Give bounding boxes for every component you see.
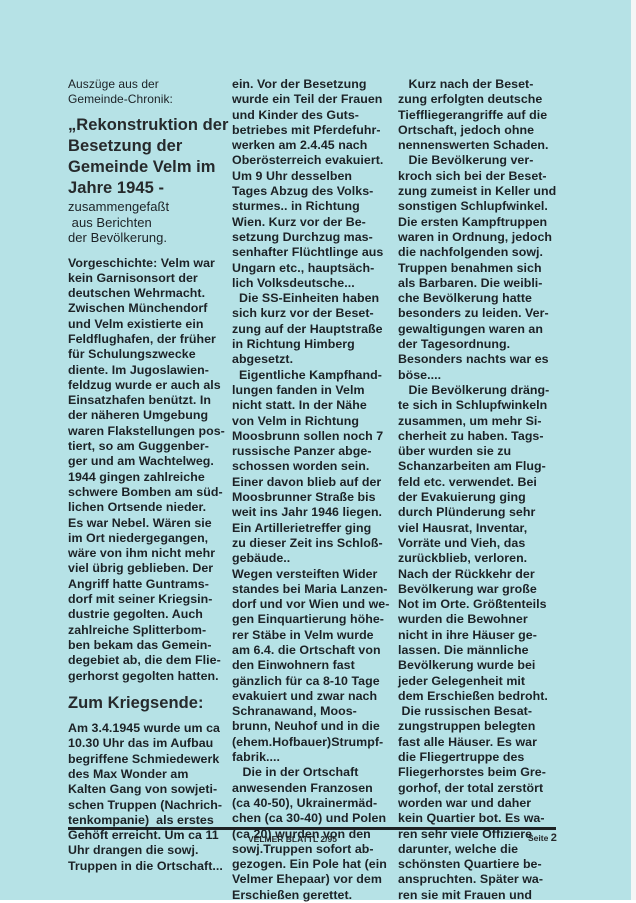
text-line: Uhr drangen die sowj. — [68, 843, 228, 858]
footer-divider — [68, 827, 556, 830]
text-line: tenkompanie) als erstes — [68, 813, 228, 828]
text-line: am 6.4. die Ortschaft von — [232, 643, 392, 658]
text-line: sonstigen Schlupfwinkel. — [398, 199, 568, 214]
text-line: sturmes.. in Richtung — [232, 199, 392, 214]
text-line: setzung Durchzug mas- — [232, 230, 392, 245]
text-line: Moosbrunner Straße bis — [232, 490, 392, 505]
text-line: che Bevölkerung hatte — [398, 291, 568, 306]
text-line: Nach der Rückkehr der — [398, 567, 568, 582]
title-line: Jahre 1945 - — [68, 178, 228, 199]
text-line: gezogen. Ein Pole hat (ein — [232, 857, 392, 872]
column-2: ein. Vor der Besetzungwurde ein Teil der… — [232, 77, 392, 900]
text-line: jeder Gelegenheit mit — [398, 674, 568, 689]
text-line: zahlreiche Splitterbom- — [68, 623, 228, 638]
text-line: gorhof, der total zerstört — [398, 781, 568, 796]
text-line: Tages Abzug des Volks- — [232, 184, 392, 199]
prehistory-paragraph: Vorgeschichte: Velm warkein Garnisonsort… — [68, 256, 228, 684]
text-line: diente. Im Jugoslawien- — [68, 363, 228, 378]
text-line: werken am 2.4.45 nach — [232, 138, 392, 153]
text-line: Die Bevölkerung ver- — [398, 153, 568, 168]
text-line: Gehöft erreicht. Um ca 11 — [68, 828, 228, 843]
text-line: worden war und daher — [398, 796, 568, 811]
text-line: böse.... — [398, 368, 568, 383]
text-line: Die in der Ortschaft — [232, 765, 392, 780]
text-line: Feldflughafen, der früher — [68, 332, 228, 347]
text-line: ren sie mit Frauen und — [398, 888, 568, 900]
subtitle-line: der Bevölkerung. — [68, 230, 228, 246]
text-line: Ein Artillerietreffer ging — [232, 521, 392, 536]
text-line: Die ersten Kampftruppen — [398, 215, 568, 230]
text-line: Truppen in die Ortschaft... — [68, 859, 228, 874]
text-line: feldzug wurde er auch als — [68, 378, 228, 393]
title-line: „Rekonstruktion der — [68, 115, 228, 136]
section-heading: Zum Kriegsende: — [68, 696, 228, 711]
text-line: die nachfolgenden sowj. — [398, 245, 568, 260]
text-line: sich kurz vor der Beset- — [232, 306, 392, 321]
text-line: viel Hausrat, Inventar, — [398, 521, 568, 536]
text-line: und Velm existierte ein — [68, 317, 228, 332]
text-line: der näheren Umgebung — [68, 408, 228, 423]
text-line: Zwischen Münchendorf — [68, 301, 228, 316]
war-end-paragraph: Am 3.4.1945 wurde um ca10.30 Uhr das im … — [68, 721, 228, 874]
text-line: lichen Ortsende nieder. — [68, 500, 228, 515]
text-line: weit ins Jahr 1946 liegen. — [232, 505, 392, 520]
text-line: als Barbaren. Die weibli- — [398, 276, 568, 291]
text-line: für Schulungszwecke — [68, 347, 228, 362]
text-line: dorf und vor Wien und we- — [232, 597, 392, 612]
text-line: zurückblieb, verloren. — [398, 551, 568, 566]
text-line: Fliegerhorstes beim Gre- — [398, 765, 568, 780]
text-line: zung zumeist in Keller und — [398, 184, 568, 199]
text-line: nicht in ihre Häuser ge- — [398, 628, 568, 643]
text-line: Einsatzhafen benützt. In — [68, 393, 228, 408]
text-line: Moosbrunn sollen noch 7 — [232, 429, 392, 444]
text-line: der Evakuierung ging — [398, 490, 568, 505]
text-line: fabrik.... — [232, 750, 392, 765]
text-line: abgesetzt. — [232, 352, 392, 367]
text-line: Wegen versteiften Wider — [232, 567, 392, 582]
scan-edge — [631, 0, 636, 900]
text-line: Die russischen Besat- — [398, 704, 568, 719]
text-line: Oberösterreich evakuiert. — [232, 153, 392, 168]
text-line: Besonders nachts war es — [398, 352, 568, 367]
column-3: Kurz nach der Beset-zung erfolgten deuts… — [398, 77, 568, 900]
text-line: anwesenden Franzosen — [232, 781, 392, 796]
text-line: (ca 40-50), Ukrainermäd- — [232, 796, 392, 811]
intro-line: Gemeinde-Chronik: — [68, 92, 228, 107]
text-line: Um 9 Uhr desselben — [232, 169, 392, 184]
subtitle-line: aus Berichten — [68, 215, 228, 231]
text-line: zu dieser Zeit ins Schloß- — [232, 536, 392, 551]
text-line: schossen worden sein. — [232, 459, 392, 474]
text-line: 1944 gingen zahlreiche — [68, 470, 228, 485]
text-line: schwere Bomben am süd- — [68, 485, 228, 500]
text-line: betriebes mit Pferdefuhr- — [232, 123, 392, 138]
text-line: wäre von ihm nicht mehr — [68, 546, 228, 561]
text-line: kein Garnisonsort der — [68, 271, 228, 286]
text-line: gewaltigungen waren an — [398, 322, 568, 337]
text-line: 10.30 Uhr das im Aufbau — [68, 736, 228, 751]
text-line: Bevölkerung war große — [398, 582, 568, 597]
text-line: cherheit zu haben. Tags- — [398, 429, 568, 444]
text-line: Vorräte und Vieh, das — [398, 536, 568, 551]
text-line: Es war Nebel. Wären sie — [68, 516, 228, 531]
text-line: senhafter Flüchtlinge aus — [232, 245, 392, 260]
column-1: Auszüge aus der Gemeinde-Chronik: „Rekon… — [68, 77, 228, 874]
text-line: kroch sich bei der Beset- — [398, 169, 568, 184]
page-number: 2 — [551, 832, 557, 844]
text-line: Die SS-Einheiten haben — [232, 291, 392, 306]
text-line: Einer davon blieb auf der — [232, 475, 392, 490]
text-line: chen (ca 30-40) und Polen — [232, 811, 392, 826]
text-line: Bevölkerung wurde bei — [398, 658, 568, 673]
text-line: gen Einquartierung höhe- — [232, 612, 392, 627]
text-line: anspruchten. Später wa- — [398, 872, 568, 887]
text-line: Ungarn etc., hauptsäch- — [232, 261, 392, 276]
text-line: Erschießen gerettet. — [232, 888, 392, 900]
newsletter-page: Auszüge aus der Gemeinde-Chronik: „Rekon… — [0, 0, 631, 900]
text-line: dem Erschießen bedroht. — [398, 689, 568, 704]
text-line: gänzlich für ca 8-10 Tage — [232, 674, 392, 689]
text-line: lassen. Die männliche — [398, 643, 568, 658]
text-line: die Fliegertruppe des — [398, 750, 568, 765]
text-line: deutschen Wehrmacht. — [68, 286, 228, 301]
intro-text: Auszüge aus der Gemeinde-Chronik: — [68, 77, 228, 106]
text-line: brunn, Neuhof und in die — [232, 719, 392, 734]
text-line: in Richtung Himberg — [232, 337, 392, 352]
text-line: Schanzarbeiten am Flug- — [398, 459, 568, 474]
text-line: Ortschaft, jedoch ohne — [398, 123, 568, 138]
subtitle-line: zusammengefaßt — [68, 199, 228, 215]
text-line: Angriff hatte Guntrams- — [68, 577, 228, 592]
text-line: Truppen benahmen sich — [398, 261, 568, 276]
text-line: begriffene Schmiedewerk — [68, 752, 228, 767]
text-line: von Velm in Richtung — [232, 414, 392, 429]
text-line: evakuiert und zwar nach — [232, 689, 392, 704]
text-line: schen Truppen (Nachrich- — [68, 798, 228, 813]
text-line: schönsten Quartiere be- — [398, 857, 568, 872]
text-line: rer Stäbe in Velm wurde — [232, 628, 392, 643]
text-line: ger und am Wachtelweg. — [68, 454, 228, 469]
text-line: viel übrig geblieben. Der — [68, 561, 228, 576]
title-line: Besetzung der — [68, 136, 228, 157]
text-line: waren Flakstellungen pos- — [68, 424, 228, 439]
text-line: lich Volksdeutsche... — [232, 276, 392, 291]
text-line: darunter, welche die — [398, 842, 568, 857]
text-line: zung erfolgten deutsche — [398, 92, 568, 107]
text-line: te sich in Schlupfwinkeln — [398, 398, 568, 413]
text-line: gerhorst gegolten hatten. — [68, 669, 228, 684]
text-line: zusammen, um mehr Si- — [398, 414, 568, 429]
text-line: Schranawand, Moos- — [232, 704, 392, 719]
text-line: Am 3.4.1945 wurde um ca — [68, 721, 228, 736]
text-line: degebiet ab, die dem Flie- — [68, 653, 228, 668]
text-line: nicht statt. In der Nähe — [232, 398, 392, 413]
title-line: Gemeinde Velm im — [68, 157, 228, 178]
text-line: den Einwohnern fast — [232, 658, 392, 673]
text-line: Eigentliche Kampfhand- — [232, 368, 392, 383]
article-subtitle: zusammengefaßt aus Berichten der Bevölke… — [68, 199, 228, 246]
text-line: über wurden sie zu — [398, 444, 568, 459]
text-line: nennenswerten Schaden. — [398, 138, 568, 153]
page-indicator: Seite 2 — [528, 832, 557, 844]
text-line: (ehem.Hofbauer)Strumpf- — [232, 735, 392, 750]
intro-line: Auszüge aus der — [68, 77, 228, 92]
text-line: Tieffliegerangriffe auf die — [398, 108, 568, 123]
text-line: zung auf der Hauptstraße — [232, 322, 392, 337]
text-line: kein Quartier bot. Es wa- — [398, 811, 568, 826]
text-line: durch Plünderung sehr — [398, 505, 568, 520]
text-line: Die Bevölkerung dräng- — [398, 383, 568, 398]
text-line: fast alle Häuser. Es war — [398, 735, 568, 750]
text-line: standes bei Maria Lanzen- — [232, 582, 392, 597]
text-line: tiert, so am Guggenber- — [68, 439, 228, 454]
page-label: Seite — [528, 833, 548, 843]
text-line: wurden die Bewohner — [398, 612, 568, 627]
text-line: ben bekam das Gemein- — [68, 638, 228, 653]
text-line: ein. Vor der Besetzung — [232, 77, 392, 92]
publication-name: VELMER BLATTL 2/95 — [248, 834, 337, 844]
text-line: sowj.Truppen sofort ab- — [232, 842, 392, 857]
text-line: feld etc. verwendet. Bei — [398, 475, 568, 490]
text-line: Kurz nach der Beset- — [398, 77, 568, 92]
text-line: gebäude.. — [232, 551, 392, 566]
text-line: russische Panzer abge- — [232, 444, 392, 459]
text-line: Wien. Kurz vor der Be- — [232, 215, 392, 230]
text-line: Kalten Gang von sowjeti- — [68, 782, 228, 797]
text-line: des Max Wonder am — [68, 767, 228, 782]
text-line: Vorgeschichte: Velm war — [68, 256, 228, 271]
text-line: und Kinder des Guts- — [232, 108, 392, 123]
text-line: besonders zu leiden. Ver- — [398, 306, 568, 321]
text-line: dorf mit seiner Kriegsin- — [68, 592, 228, 607]
text-line: waren in Ordnung, jedoch — [398, 230, 568, 245]
article-title: „Rekonstruktion der Besetzung der Gemein… — [68, 115, 228, 199]
text-line: lungen fanden in Velm — [232, 383, 392, 398]
text-line: der Tagesordnung. — [398, 337, 568, 352]
text-line: Velmer Ehepaar) vor dem — [232, 872, 392, 887]
text-line: im Ort niedergegangen, — [68, 531, 228, 546]
text-line: zungstruppen belegten — [398, 719, 568, 734]
text-line: wurde ein Teil der Frauen — [232, 92, 392, 107]
text-line: Not im Orte. Größtenteils — [398, 597, 568, 612]
text-line: dustrie gegolten. Auch — [68, 607, 228, 622]
